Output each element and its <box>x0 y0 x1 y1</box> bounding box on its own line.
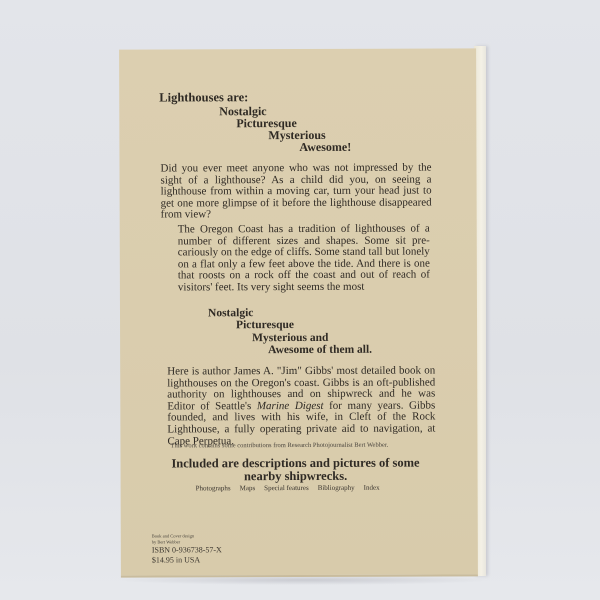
oregon-coast-paragraph: The Oregon Coast has a tradition of ligh… <box>178 224 430 294</box>
feature-item: Special features <box>264 484 309 492</box>
lead-list-item: Awesome! <box>299 140 351 155</box>
second-list-item: Awesome of them all. <box>268 344 372 356</box>
contributions-credit: This work contains some contributions fr… <box>170 442 430 450</box>
included-line: Included are descriptions and pictures o… <box>171 457 421 484</box>
second-list-item: Picturesque <box>236 319 294 331</box>
magazine-title: Marine Digest <box>257 400 324 412</box>
lead-title: Lighthouses are: <box>159 91 248 103</box>
isbn-block: ISBN 0-936738-57-X $14.95 in USA <box>152 545 222 565</box>
features-list: Photographs Maps Special features Biblio… <box>168 484 408 493</box>
intro-paragraph: Did you ever meet anyone who was not imp… <box>160 163 431 222</box>
feature-item: Photographs <box>196 484 231 492</box>
author-paragraph: Here is author James A. "Jim" Gibbs' mos… <box>167 366 435 448</box>
feature-item: Maps <box>240 484 256 492</box>
feature-item: Index <box>364 484 380 492</box>
isbn: ISBN 0-936738-57-X <box>152 545 222 555</box>
design-credit: Book and Cover design by Bert Webber <box>152 533 194 544</box>
design-credit-line: by Bert Webber <box>152 539 194 545</box>
book-back-cover: Lighthouses are: Nostalgic Picturesque M… <box>119 48 478 577</box>
second-list-item: Mysterious and <box>252 332 328 344</box>
price: $14.95 in USA <box>152 555 222 565</box>
feature-item: Bibliography <box>318 484 355 492</box>
second-list: Nostalgic Picturesque Mysterious and Awe… <box>119 48 476 49</box>
second-list-item: Nostalgic <box>208 307 253 319</box>
design-credit-line: Book and Cover design <box>152 533 194 539</box>
